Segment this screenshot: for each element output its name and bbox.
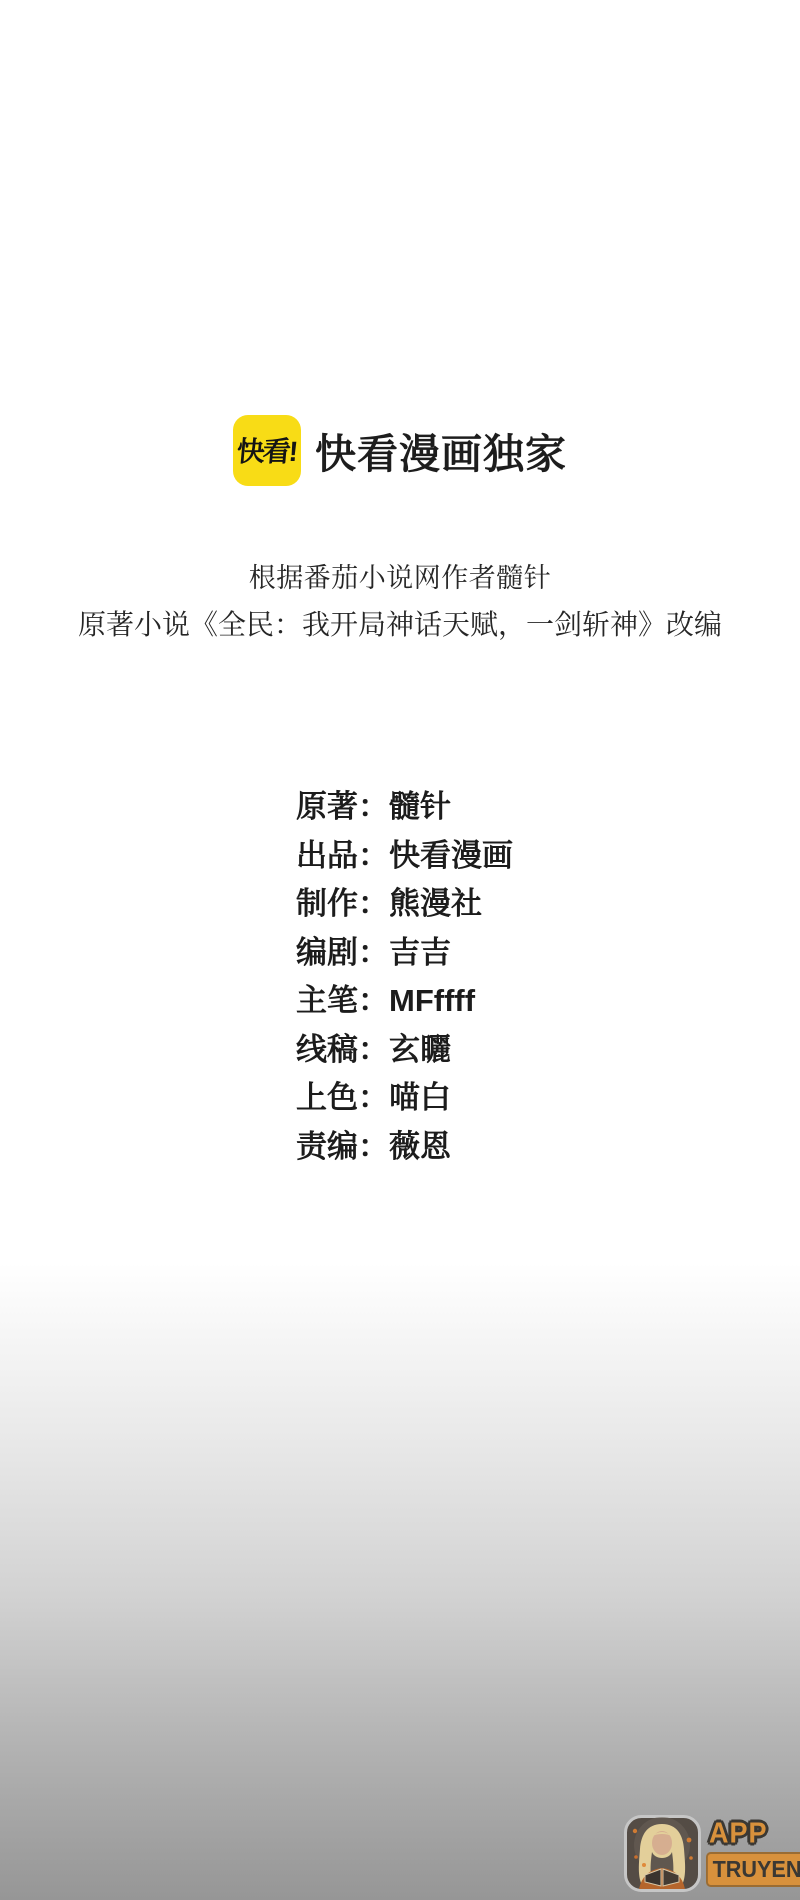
credit-line-lead-artist: 主笔：MFffff [296,977,513,1026]
watermark-reader-avatar-icon [624,1815,701,1892]
kuaikan-brand-row: 快看! 快看漫画独家 [0,413,800,487]
watermark-text-column: APP TRUYEN [706,1815,800,1887]
kuaikan-logo-icon-text: 快看! [236,430,299,470]
reader-avatar-icon [624,1815,701,1892]
credit-line-editor: 责编：薇恩 [296,1123,513,1172]
brand-title: 快看漫画独家 [315,421,567,480]
credit-line-lineart: 线稿：玄矖 [296,1026,513,1075]
adaptation-source-line: 根据番茄小说网作者髓针 [0,556,800,595]
watermark-truyen-badge: TRUYEN [706,1852,800,1887]
credit-line-coloring: 上色：喵白 [296,1074,513,1123]
credit-line-screenwriter: 编剧：吉吉 [296,929,513,978]
apptruyen-watermark: APP TRUYEN [624,1815,800,1892]
credit-line-original-author: 原著：髓针 [296,783,513,832]
comic-credits-page: 快看! 快看漫画独家 根据番茄小说网作者髓针 原著小说《全民：我开局神话天赋，一… [0,0,800,1900]
watermark-app-label: APP [709,1817,768,1849]
adaptation-novel-line: 原著小说《全民：我开局神话天赋，一剑斩神》改编 [0,603,800,643]
credits-list: 原著：髓针 出品：快看漫画 制作：熊漫社 编剧：吉吉 主笔：MFffff 线稿：… [296,783,513,1171]
credit-line-producer: 出品：快看漫画 [296,832,513,881]
credit-line-studio: 制作：熊漫社 [296,880,513,929]
kuaikan-logo-icon: 快看! [233,415,301,486]
